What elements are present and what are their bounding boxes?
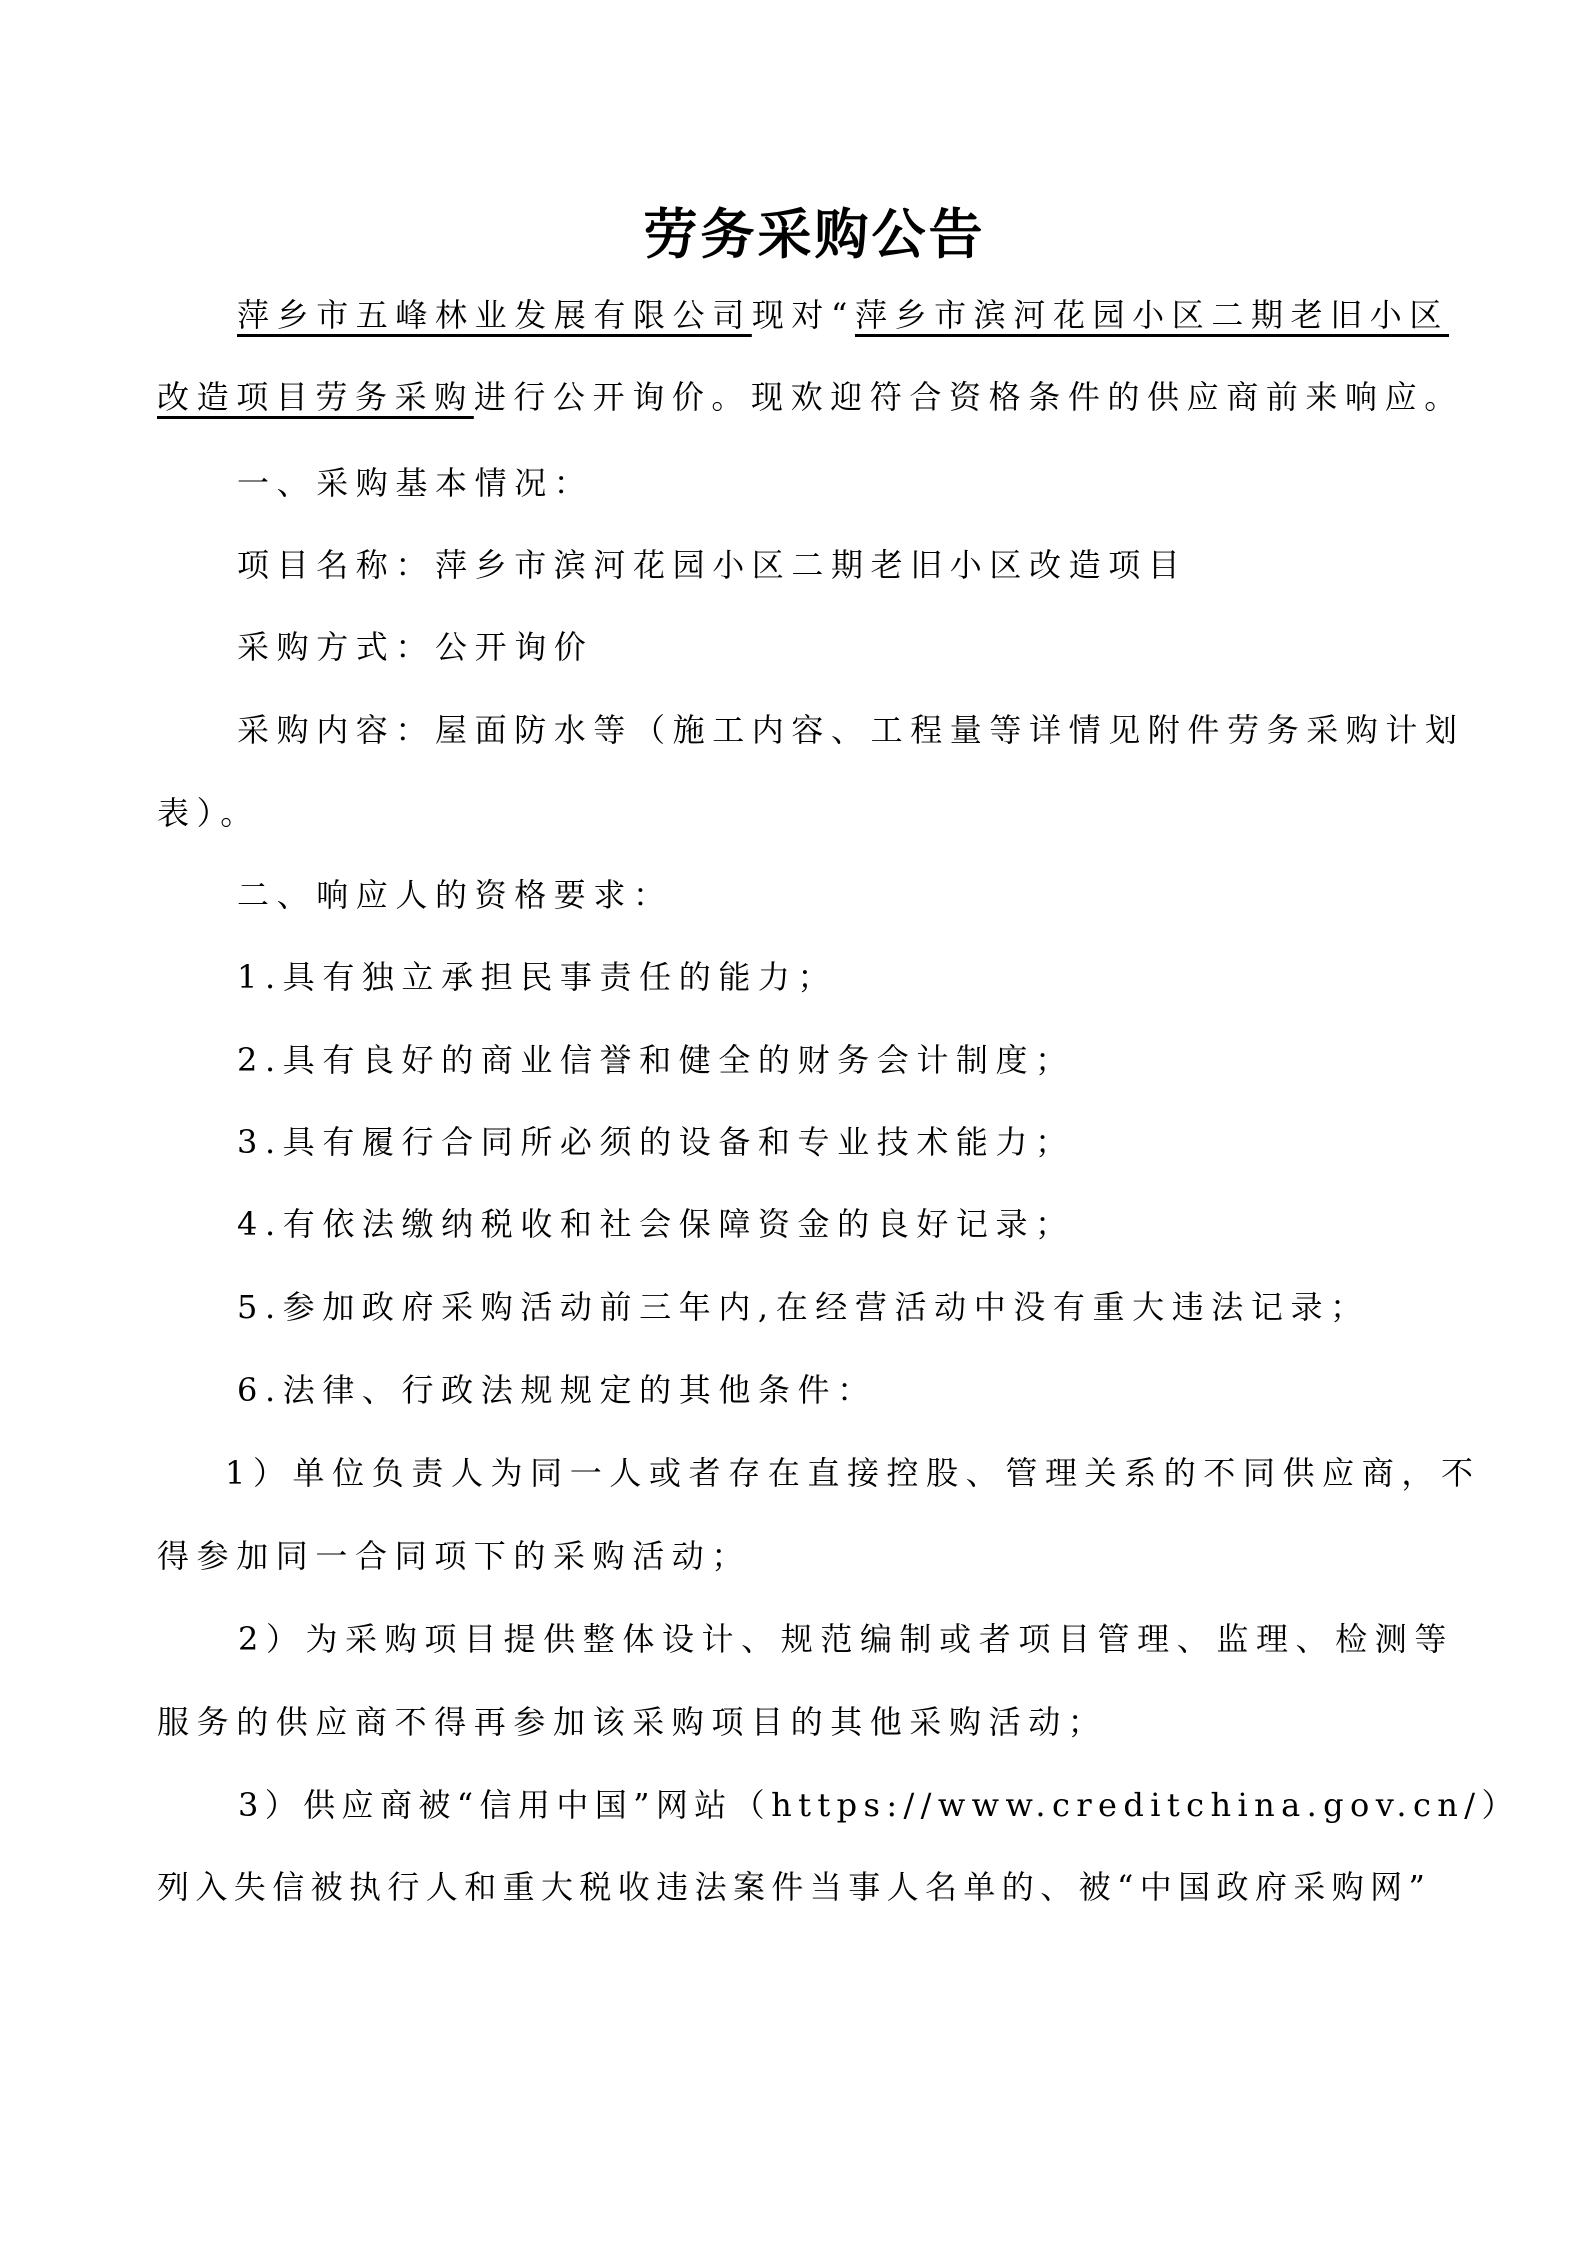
subitem-1-line-1: 1）单位负责人为同一人或者存在直接控股、管理关系的不同供应商，不	[225, 1448, 1555, 1498]
intro-line-1: 萍乡市五峰林业发展有限公司现对“萍乡市滨河花园小区二期老旧小区	[237, 290, 1567, 340]
subitem-1-line-2: 得参加同一合同项下的采购活动；	[157, 1531, 1487, 1581]
subitem-3-line-2: 列入失信被执行人和重大税收违法案件当事人名单的、被“中国政府采购网”	[157, 1862, 1487, 1912]
intro-line-2: 改造项目劳务采购进行公开询价。现欢迎符合资格条件的供应商前来响应。	[157, 372, 1487, 422]
project-name-part2: 改造项目劳务采购	[157, 378, 474, 416]
requirement-item-1: 1.具有独立承担民事责任的能力；	[237, 952, 1567, 1002]
project-name-part1: 萍乡市滨河花园小区二期老旧小区	[855, 296, 1449, 334]
requirement-item-3: 3.具有履行合同所必须的设备和专业技术能力；	[237, 1117, 1567, 1167]
project-name-line: 项目名称：萍乡市滨河花园小区二期老旧小区改造项目	[237, 540, 1567, 590]
section1-heading: 一、采购基本情况：	[237, 458, 1567, 508]
requirement-item-2: 2.具有良好的商业信誉和健全的财务会计制度；	[237, 1035, 1567, 1085]
section2-heading: 二、响应人的资格要求：	[237, 870, 1567, 920]
procurement-method-line: 采购方式：公开询价	[237, 622, 1567, 672]
procurement-content-line-2: 表）。	[157, 788, 1487, 838]
document-title: 劳务采购公告	[0, 200, 1587, 270]
procurement-content-line-1: 采购内容：屋面防水等（施工内容、工程量等详情见附件劳务采购计划	[237, 705, 1567, 755]
requirement-item-6: 6.法律、行政法规规定的其他条件：	[237, 1365, 1567, 1415]
requirement-item-4: 4.有依法缴纳税收和社会保障资金的良好记录；	[237, 1199, 1567, 1249]
intro-connector: 现对“	[752, 296, 855, 334]
subitem-2-line-2: 服务的供应商不得再参加该采购项目的其他采购活动；	[157, 1697, 1487, 1747]
document-page: 劳务采购公告 萍乡市五峰林业发展有限公司现对“萍乡市滨河花园小区二期老旧小区 改…	[0, 0, 1587, 2245]
requirement-item-5: 5.参加政府采购活动前三年内,在经营活动中没有重大违法记录；	[237, 1282, 1567, 1332]
intro-rest: 进行公开询价。现欢迎符合资格条件的供应商前来响应。	[474, 378, 1464, 416]
subitem-3-line-1: 3）供应商被“信用中国”网站（https://www.creditchina.g…	[238, 1780, 1568, 1830]
subitem-2-line-1: 2）为采购项目提供整体设计、规范编制或者项目管理、监理、检测等	[238, 1614, 1568, 1664]
purchaser-name: 萍乡市五峰林业发展有限公司	[237, 296, 752, 334]
